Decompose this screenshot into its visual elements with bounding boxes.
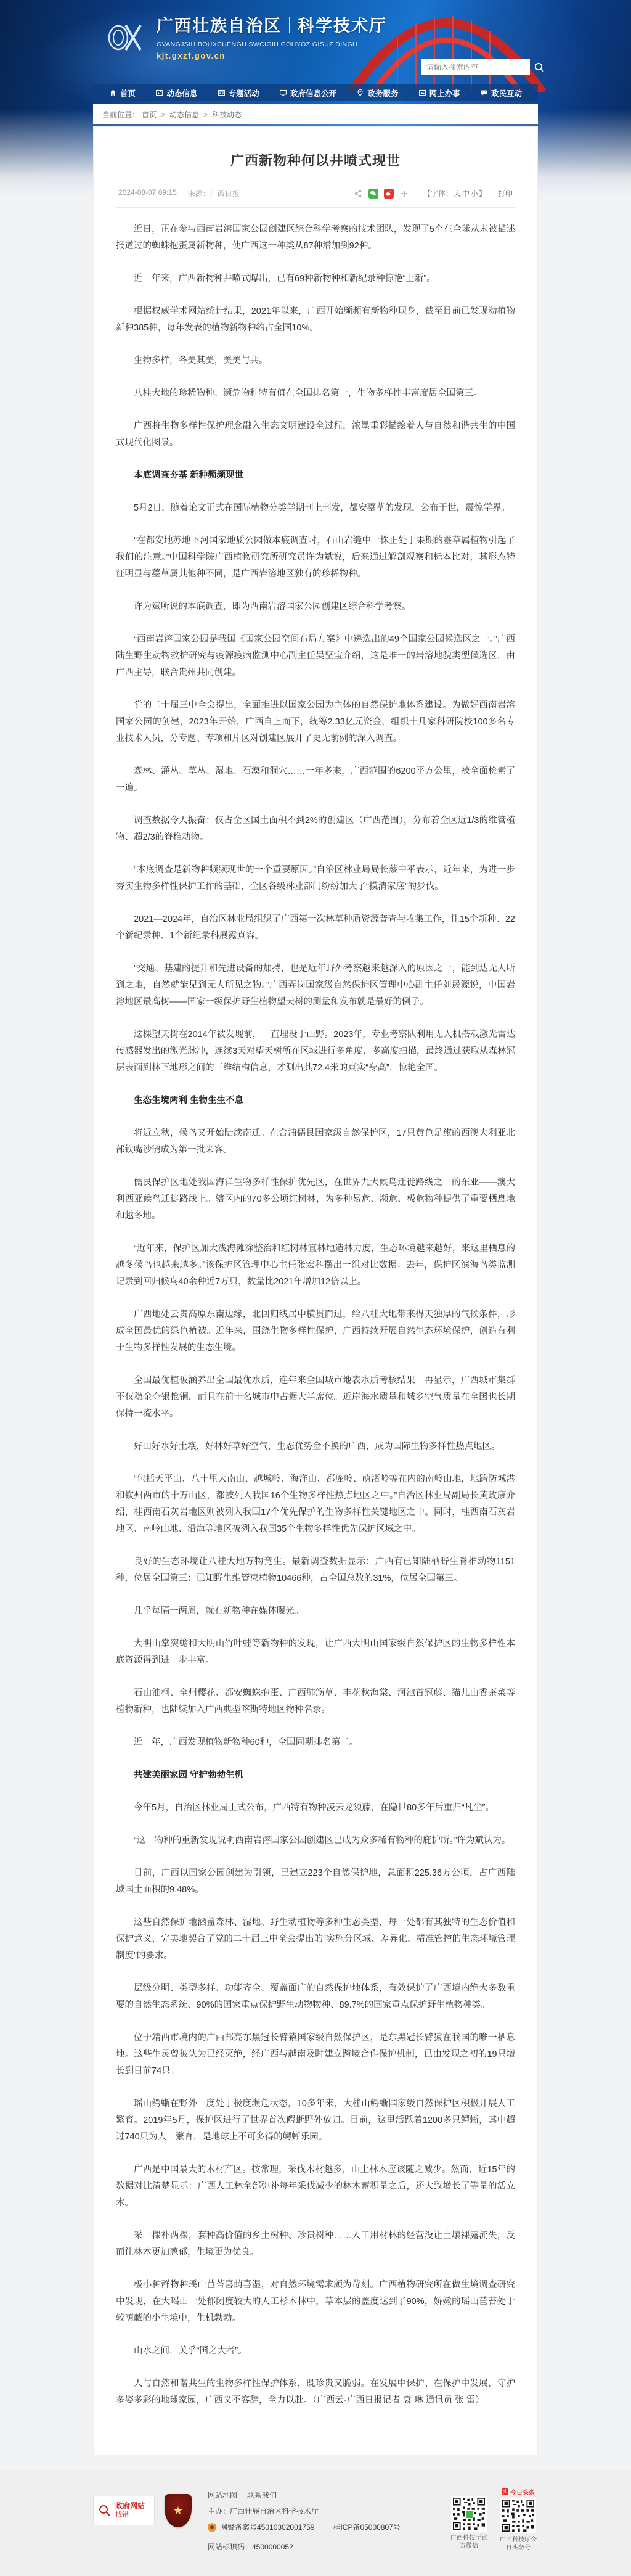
nav-item[interactable]: 网上办事 xyxy=(418,88,460,99)
share-icon[interactable] xyxy=(353,189,363,199)
article-paragraph: 党的二十届三中全会提出，全面推进以国家公园为主体的自然保护地体系建设。为做好西南… xyxy=(116,697,515,747)
main-nav: 首页 动态信息 专题活动 政府信息公开 政务服务 网上办事 政民互动 xyxy=(93,84,538,101)
police-record-no: 网警备案号45010302001759 xyxy=(220,2519,314,2535)
article-paragraph: 根据权威学术网站统计结果，2021年以来，广西开始频频有新物种现身，截至目前已发… xyxy=(116,303,515,337)
wechat-qr-caption: 广西科技厅官方微信 xyxy=(449,2534,489,2550)
interaction-icon xyxy=(480,89,488,97)
site-banner: 广西壮族自治区 科学技术厅 GVANGJSIH BOUXCUENGH SWCIG… xyxy=(0,0,631,84)
article-paragraph: 八桂大地的珍稀物种、濒危物种特有值在全国排名第一，生物多样性丰富度居全国第三。 xyxy=(116,385,515,402)
site-logo-mark xyxy=(102,14,147,59)
topics-icon xyxy=(218,89,226,97)
article-paragraph: 生物多样，各美其美，美美与共。 xyxy=(116,353,515,369)
toutiao-header-text: 今日头条 xyxy=(510,2487,535,2496)
breadcrumb-link[interactable]: 科技动态 xyxy=(199,109,242,120)
source-label: 来源： xyxy=(188,189,210,198)
article-paragraph: 调查数据令人振奋：仅占全区国土面积不到2%的创建区（广西范围），分布着全区近1/… xyxy=(116,813,515,846)
toutiao-qr-caption: 广西科技厅今日头条号 xyxy=(499,2536,538,2552)
nav-item[interactable]: 政民互动 xyxy=(480,88,522,99)
online-icon xyxy=(418,89,426,97)
org-name-zhuang: GVANGJSIH BOUXCUENGH SWCIGIH GOHYOZ GISU… xyxy=(157,41,387,48)
police-badge-icon xyxy=(208,2523,216,2532)
page-footer: 政府网站 找错 ★ 网站地图联系我们 主办：广西壮族自治区科学技术厅 网警备案号… xyxy=(0,2470,631,2576)
font-size-option[interactable]: 小 xyxy=(471,189,478,198)
article-paragraph: “近年来，保护区加大浅海滩涂整治和红树林宜林地造林力度，生态环境越来越好，来这里… xyxy=(116,1241,515,1290)
site-code: 网站标识码：4500000052 xyxy=(208,2539,293,2555)
article-paragraph: 石山油桐、全州樱花、都安蜘蛛抱蛋、广西肺筋草、丰花秋海棠、河池首冠藤、猫儿山香茶… xyxy=(116,1685,515,1718)
article-paragraph: 全国最优植被涵养出全国最优水质，连年来全国城市地表水质考核结果一再显示，广西城市… xyxy=(116,1372,515,1422)
article-paragraph: “在都安地苏地下河国家地质公园做本底调查时，石山岩缝中一株正处于果期的薹草属植物… xyxy=(116,533,515,583)
footer-host: 主办：广西壮族自治区科学技术厅 xyxy=(208,2503,439,2519)
wechat-logo-overlay xyxy=(465,2510,474,2519)
wechat-qr-block: 广西科技厅官方微信 xyxy=(449,2496,489,2550)
article-paragraph: 将近立秋，候鸟又开始陆续南迁。在合浦儒艮国家级自然保护区，17只黄色足旗的西澳大… xyxy=(116,1125,515,1159)
font-size-label: 【字体： xyxy=(423,189,453,198)
article-paragraph: 层级分明、类型多样、功能齐全、覆盖面广的自然保护地体系，有效保护了广西境内绝大多… xyxy=(116,1980,515,2014)
font-size-option[interactable]: 中 xyxy=(462,189,470,198)
dept-name: 科学技术厅 xyxy=(298,12,387,36)
toutiao-qr-block: 头 今日头条 广西科技厅今日头条号 xyxy=(499,2487,538,2552)
emblem-star-icon: ★ xyxy=(173,2504,183,2517)
site-url: kjt.gxzf.gov.cn xyxy=(157,51,387,60)
home-icon xyxy=(109,89,117,97)
article-card: 广西新物种何以井喷式现世 2024-08-07 09:15 来源：广西日报 xyxy=(93,126,538,2455)
article-paragraph: “包括天平山、八十里大南山、越城岭、海洋山、都庞岭、萌渚岭等在内的南岭山地，地跨… xyxy=(116,1471,515,1538)
disclosure-icon xyxy=(279,89,287,97)
article-paragraph: 近一年，广西发现植物新物种60种，全国同期排名第二。 xyxy=(116,1734,515,1751)
article-paragraph: 今年5月，自治区林业局正式公布，广西特有物种凌云龙须藤，在隐世80多年后重归“凡… xyxy=(116,1800,515,1816)
icp-no: 桂ICP备05000807号 xyxy=(333,2519,400,2535)
search-input[interactable] xyxy=(421,59,530,75)
article-paragraph: 这棵望天树在2014年被发现前，一直埋没于山野。2023年，专业考察队利用无人机… xyxy=(116,1027,515,1077)
article-paragraph: 广西是中国最大的木材产区。按常理，采伐木材越多，山上林木应该随之减少。然而，近1… xyxy=(116,2162,515,2212)
article-paragraph: 儒艮保护区地处我国海洋生物多样性保护优先区，在世界九大候鸟迁徙路线之一的东亚——… xyxy=(116,1175,515,1224)
nav-item[interactable]: 专题活动 xyxy=(218,88,259,99)
article-paragraph: 采一棵补两棵，套种高价值的乡土树种、珍贵树种……人工用材林的经营没让土壤裸露流失… xyxy=(116,2228,515,2261)
gov-emblem-badge[interactable]: ★ xyxy=(165,2494,192,2527)
weibo-share-icon[interactable] xyxy=(384,189,394,199)
nav-item[interactable]: 首页 xyxy=(109,88,136,99)
article-paragraph: “西南岩溶国家公园是我国《国家公园空间布局方案》中遴选出的49个国家公园候选区之… xyxy=(116,631,515,681)
article-paragraph: 良好的生态环境让八桂大地万物竞生。最新调查数据显示：广西有已知陆栖野生脊椎动物1… xyxy=(116,1554,515,1587)
title-divider xyxy=(289,17,290,33)
article-paragraph: 5月2日，随着论文正式在国际植物分类学期刊上刊发，都安薹草的发现，公布于世，震惊… xyxy=(116,500,515,517)
find-error-magnifier-icon xyxy=(98,2504,112,2517)
page-title: 广西新物种何以井喷式现世 xyxy=(116,150,515,170)
article-paragraph: “交通、基建的提升和先进设备的加持，也是近年野外考察越来越深入的原因之一，能到达… xyxy=(116,961,515,1011)
article-paragraph: 许为斌所说的本底调查，即为西南岩溶国家公园创建区综合科学考察。 xyxy=(116,599,515,615)
wechat-share-icon[interactable] xyxy=(368,189,378,199)
breadcrumb: 当前位置： 首页动态信息科技动态 xyxy=(93,104,538,124)
more-share-icon[interactable] xyxy=(399,189,409,199)
search-bar xyxy=(421,59,548,75)
services-icon xyxy=(356,89,364,97)
article-paragraph: 山水之间，关乎“国之大者”。 xyxy=(116,2343,515,2360)
source-value: 广西日报 xyxy=(210,189,240,198)
article-paragraph: 近日，正在参与西南岩溶国家公园创建区综合科学考察的技术团队，发现了5个在全球从未… xyxy=(116,221,515,255)
font-size-option[interactable]: 大 xyxy=(454,189,461,198)
section-heading: 本底调查夯基 新种频频现世 xyxy=(116,467,515,484)
article-paragraph: 森林、灌丛、草丛、湿地、石漠和洞穴……一年多来，广西范围的6200平方公里，被全… xyxy=(116,763,515,797)
nav-item[interactable]: 政府信息公开 xyxy=(279,88,336,99)
article-paragraph: 广西将生物多样性保护理念融入生态文明建设全过程，浓墨重彩描绘着人与自然和谐共生的… xyxy=(116,418,515,451)
font-size-control: 【字体：大中小】 xyxy=(423,188,486,199)
article-paragraph: 目前，广西以国家公园创建为引领，已建立223个自然保护地，总面积225.36万公… xyxy=(116,1865,515,1898)
footer-link[interactable]: 网站地图 xyxy=(208,2487,237,2503)
breadcrumb-link[interactable]: 动态信息 xyxy=(157,109,199,120)
search-button[interactable] xyxy=(530,59,548,75)
article-meta: 2024-08-07 09:15 来源：广西日报 【字体：大中小】 xyxy=(116,188,515,208)
news-icon xyxy=(155,89,163,97)
article-paragraph: “这一物种的重新发现说明西南岩溶国家公园创建区已成为众多稀有物种的庇护所。”许为… xyxy=(116,1832,515,1849)
nav-item[interactable]: 动态信息 xyxy=(155,88,197,99)
article-paragraph: 大明山掌突蟾和大明山竹叶蛙等新物种的发现，让广西大明山国家级自然保护区的生物多样… xyxy=(116,1636,515,1669)
breadcrumb-label: 当前位置： xyxy=(102,109,139,120)
article-paragraph: 2021—2024年，自治区林业局组织了广西第一次林草种质资源普查与收集工作，让… xyxy=(116,911,515,945)
article-paragraph: 好山好水好土壤，好林好草好空气，生态优势金不换的广西，成为国际生物多样性热点地区… xyxy=(116,1438,515,1455)
article-paragraph: 人与自然和谐共生的生物多样性保护体系，既珍贵又脆弱。在发展中保护、在保护中发展，… xyxy=(116,2376,515,2409)
article-paragraph: 这些自然保护地涵盖森林、湿地、野生动植物等多种生态类型，每一处都有其独特的生态价… xyxy=(116,1914,515,1964)
org-name: 广西壮族自治区 xyxy=(157,12,282,36)
print-button[interactable]: 打印 xyxy=(498,188,513,199)
article-paragraph: 广西地处云贵高原东南边缘，北回归线居中横贯而过，给八桂大地带来得天独厚的气候条件… xyxy=(116,1306,515,1356)
font-size-label-end: 】 xyxy=(479,189,486,198)
find-error-line1: 政府网站 xyxy=(115,2501,145,2511)
nav-item[interactable]: 政务服务 xyxy=(356,88,398,99)
footer-link[interactable]: 联系我们 xyxy=(247,2487,277,2503)
article-paragraph: 极小种群物种瑶山苣苔喜荫喜湿，对自然环境需求颇为苛刻。广西植物研究所在做生境调查… xyxy=(116,2277,515,2327)
gov-find-error-badge[interactable]: 政府网站 找错 xyxy=(93,2496,155,2525)
publish-date: 2024-08-07 09:15 xyxy=(118,188,177,199)
article-paragraph: 几乎每隔一两周，就有新物种在媒体曝光。 xyxy=(116,1603,515,1620)
toutiao-qr-code xyxy=(502,2500,534,2532)
find-error-line2: 找错 xyxy=(115,2511,145,2520)
section-heading: 共建美丽家园 守护勃勃生机 xyxy=(116,1767,515,1784)
article-paragraph: 瑶山鳄蜥在野外一度处于极度濒危状态，10多年来，大桂山鳄蜥国家级自然保护区积极开… xyxy=(116,2096,515,2146)
article-paragraph: 位于靖西市境内的广西邦亮东黑冠长臂猿国家级自然保护区，是东黑冠长臂猿在我国的唯一… xyxy=(116,2030,515,2080)
toutiao-logo-icon: 头 xyxy=(502,2488,508,2495)
breadcrumb-link[interactable]: 首页 xyxy=(142,109,157,120)
article-body: 近日，正在参与西南岩溶国家公园创建区综合科学考察的技术团队，发现了5个在全球从未… xyxy=(116,208,515,2409)
section-heading: 生态生境两利 生物生生不息 xyxy=(116,1093,515,1109)
article-paragraph: “本底调查是新物种频频现世的一个重要原因。”自治区林业局局长蔡中平表示，近年来，… xyxy=(116,862,515,895)
search-icon xyxy=(534,62,545,73)
article-paragraph: 近一年来，广西新物种井喷式曝出，已有69种新物种和新纪录种惊艳“上新”。 xyxy=(116,271,515,287)
